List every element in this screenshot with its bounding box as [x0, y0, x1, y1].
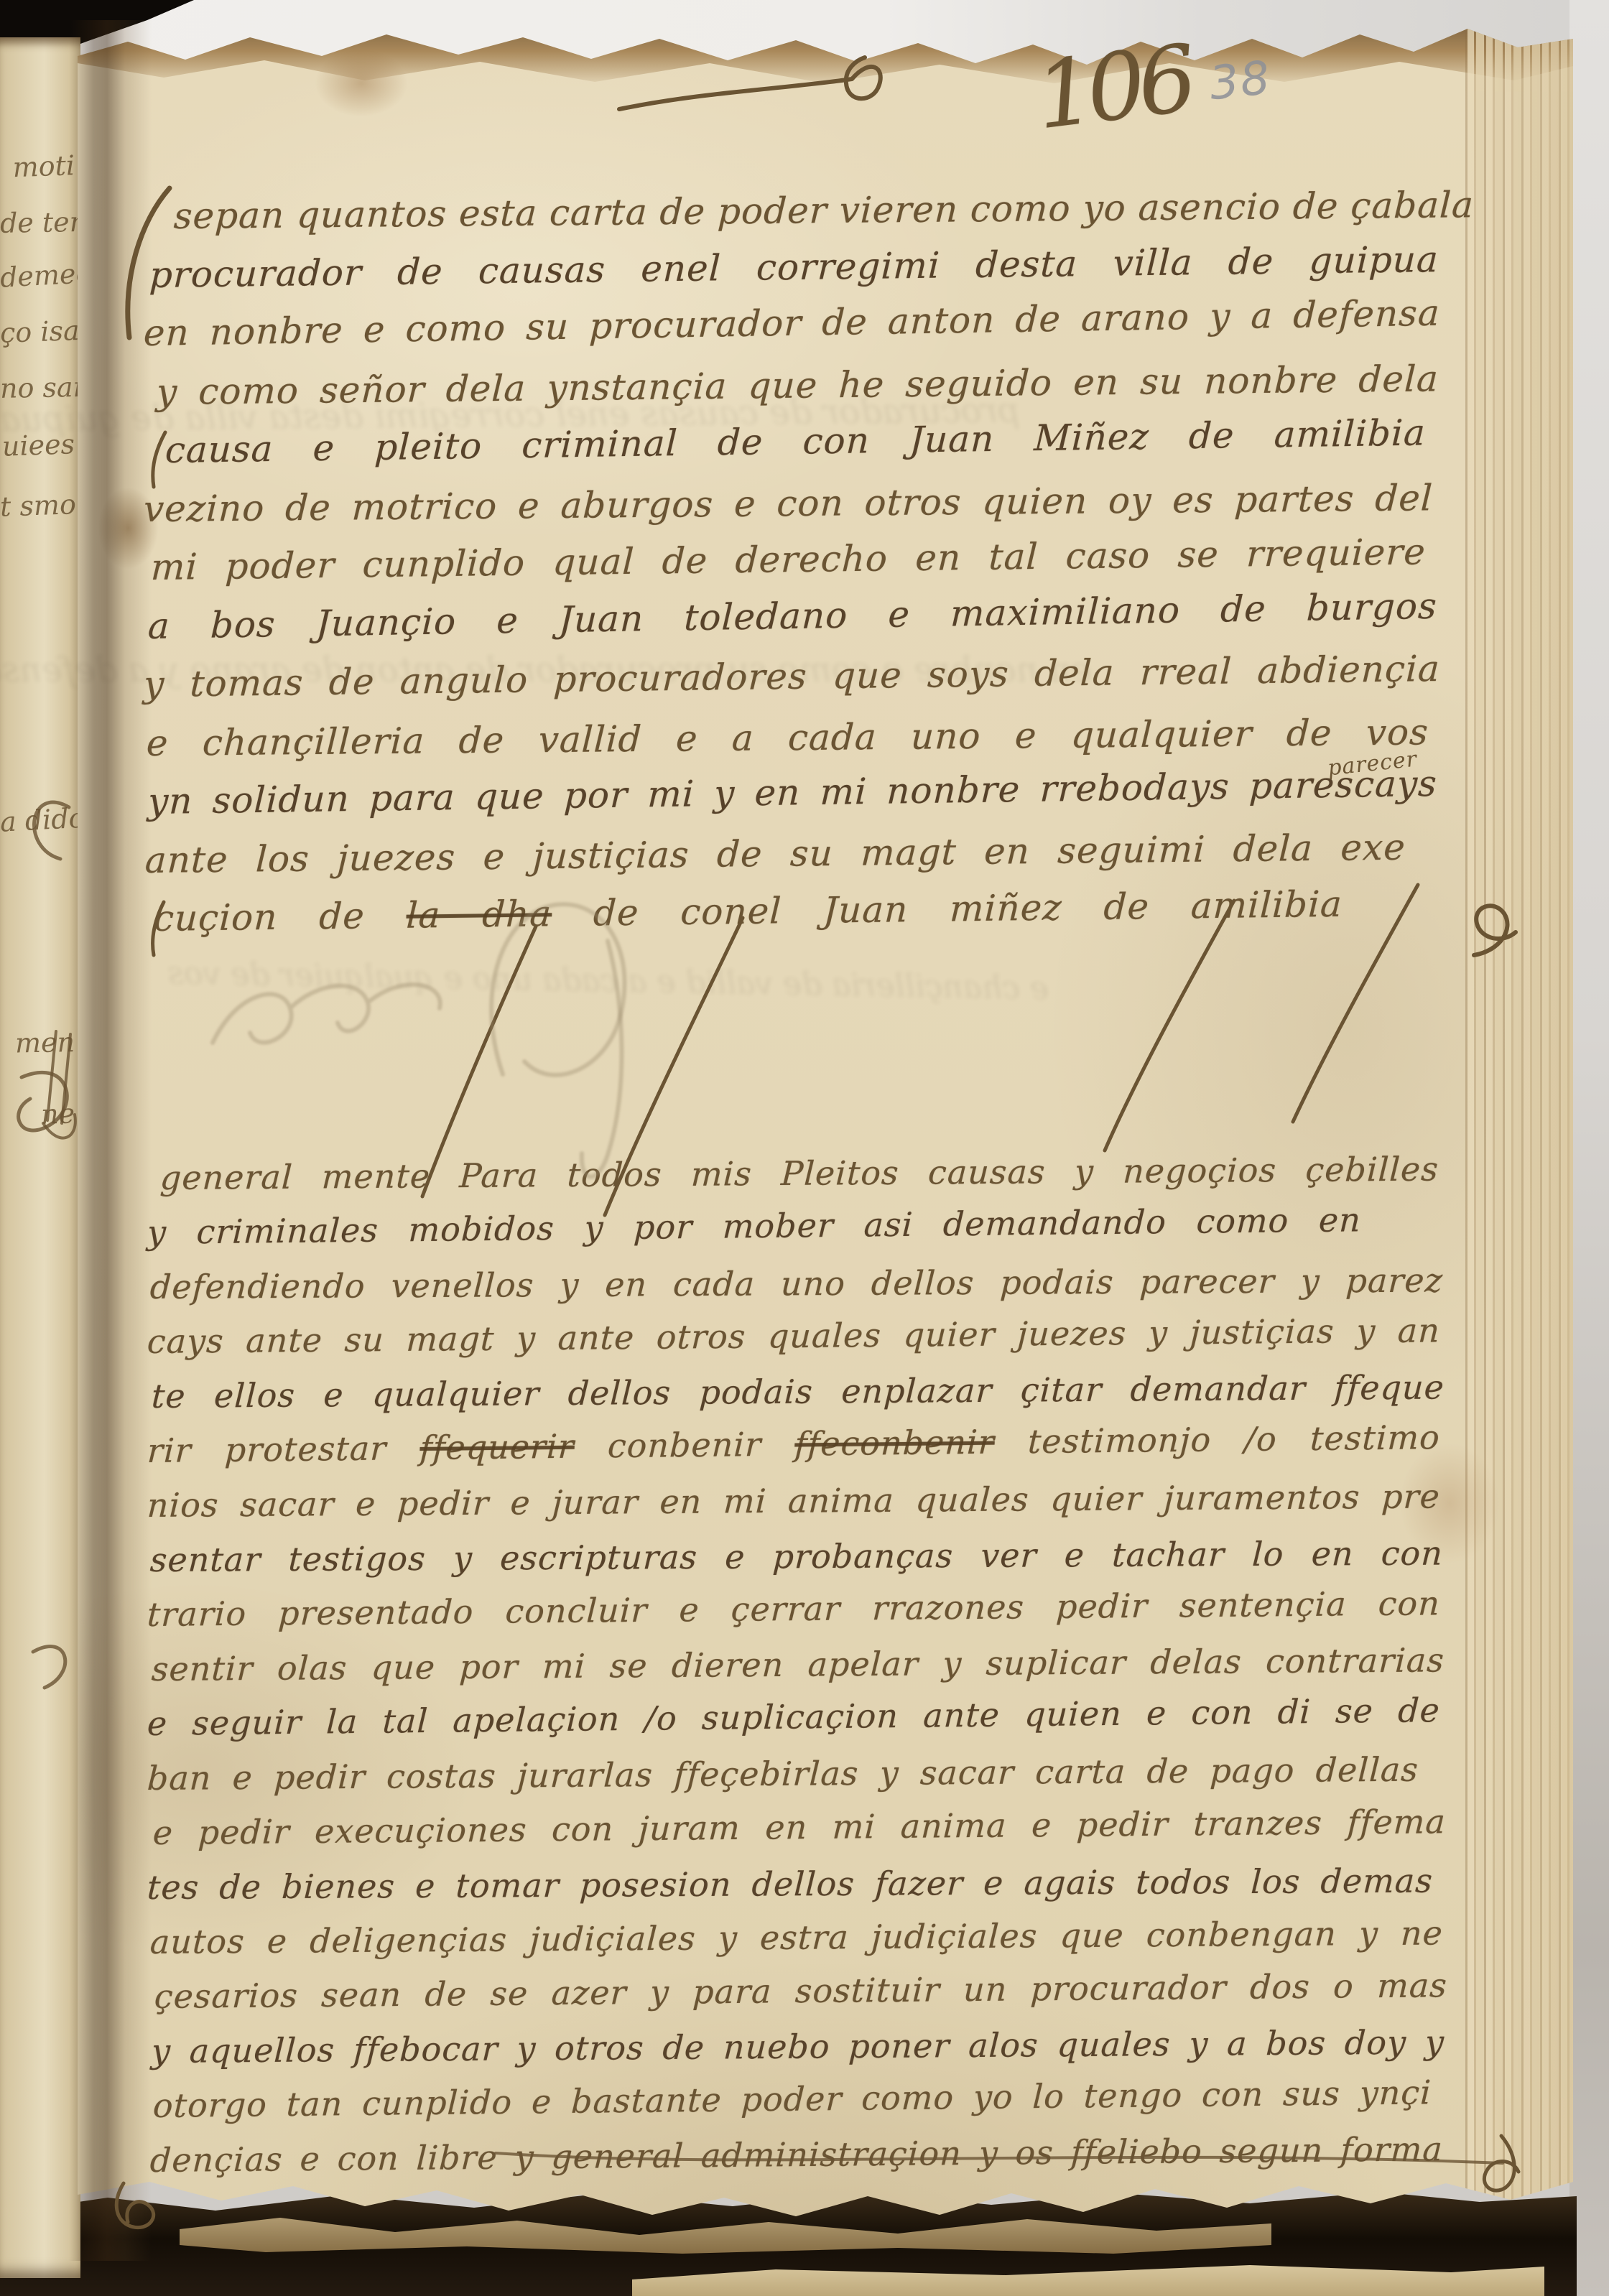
struck-word: la dha [406, 893, 553, 936]
line-segment: conbenir [574, 1425, 796, 1466]
margin-fragment: t smo [0, 488, 75, 523]
margin-fragment: ne [0, 1097, 75, 1132]
manuscript-line-p2-8: sentar testigos y escripturas e probança… [149, 1533, 1445, 1580]
margin-fragment: moti [0, 149, 75, 184]
margin-fragment: de tenta [0, 206, 75, 239]
margin-fragment: demees [0, 258, 75, 293]
margin-fragment: men [0, 1026, 75, 1059]
stacked-page-edges [1465, 20, 1573, 2261]
folio-number-ink: 106 [1030, 25, 1196, 150]
manuscript-line-p2-14: tes de bienes e tomar posesion dellos fa… [147, 1861, 1434, 1907]
margin-fragment: ço isa [0, 315, 75, 349]
backdrop-right [1569, 0, 1609, 2296]
facing-page-edge: motide tentademeesço isano samauieest sm… [0, 37, 80, 2278]
struck-word: ffeconbenir [794, 1423, 996, 1464]
line-segment: rir protestar [147, 1428, 421, 1470]
margin-fragment: a dido el [0, 802, 75, 837]
manuscript-photo: motide tentademeesço isano samauieest sm… [0, 0, 1609, 2296]
manuscript-line-p2-3: defendiendo venellos y en cada uno dello… [149, 1260, 1445, 1307]
line-segment: de conel Juan miñez de amilibia [551, 883, 1343, 934]
folio-number-pencil: 38 [1207, 52, 1274, 111]
line-segment: cuçion de [153, 895, 407, 939]
struck-word: ffequerir [419, 1427, 575, 1467]
line-segment: testimonjo /o testimo [994, 1418, 1441, 1461]
